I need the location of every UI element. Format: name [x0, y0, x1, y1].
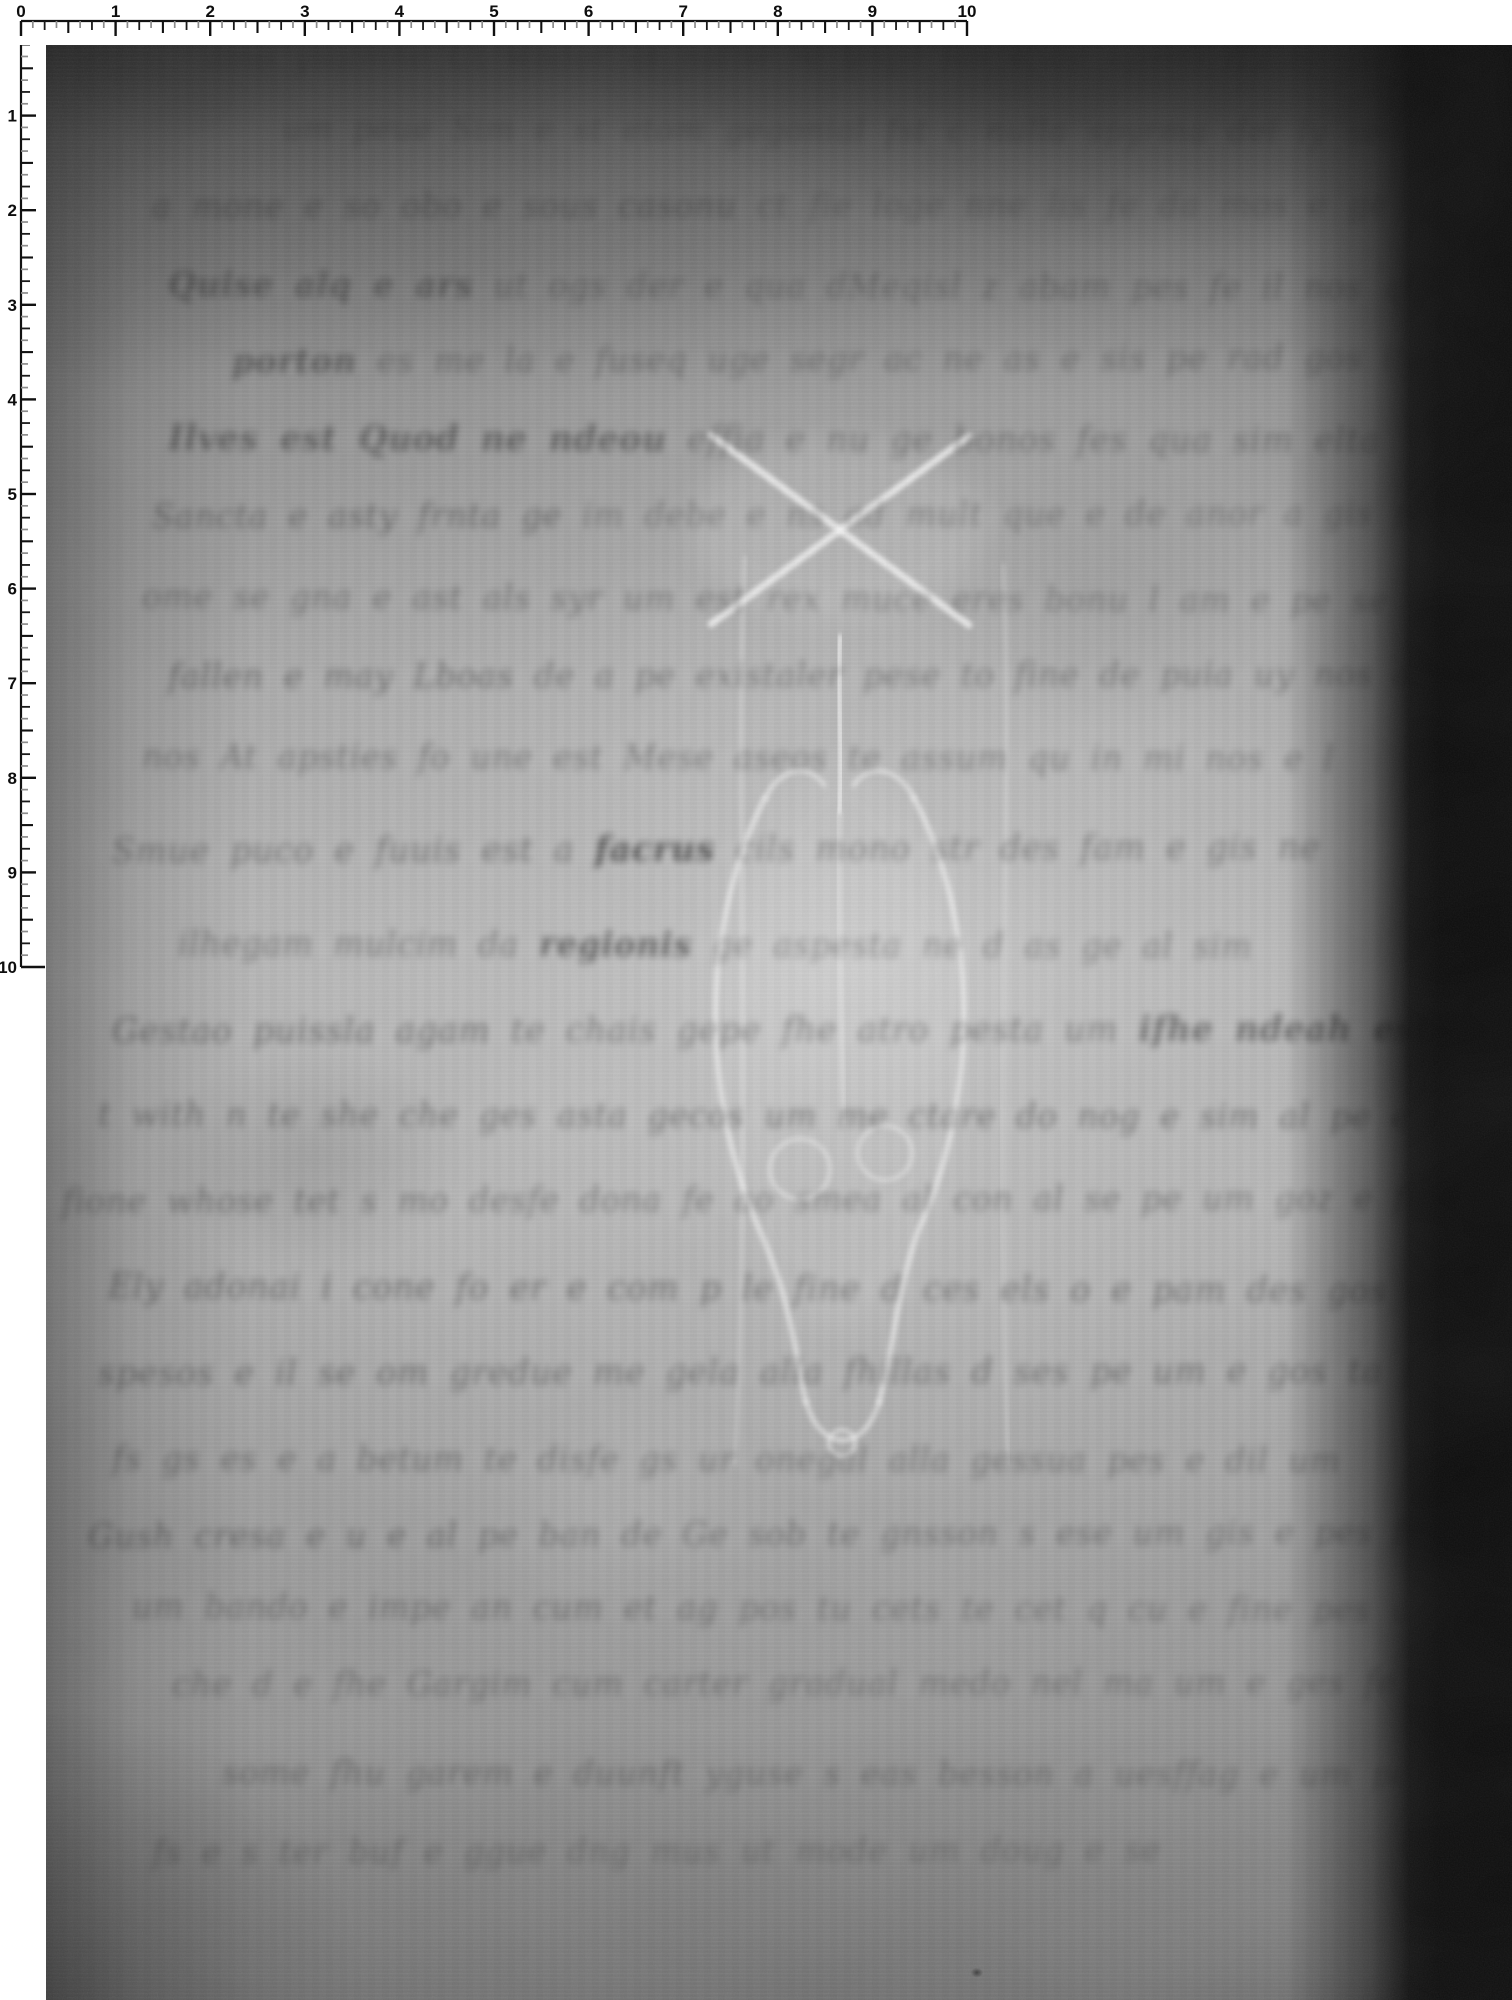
manuscript-text-segment: le fine d ces els o e pam des gos e fine — [721, 1267, 1512, 1311]
manuscript-text-segment: che d e fhe Gargim cum — [172, 1663, 624, 1704]
ruler-unit-label: 7 — [8, 674, 17, 693]
manuscript-text-line: fione whose tet s mo desfe dona fe ao sm… — [62, 1177, 1512, 1221]
manuscript-text-segment: ct fie loge nne lis fe da mos e ge — [737, 184, 1389, 225]
ruler-unit-label: 10 — [0, 958, 17, 977]
horizontal-ruler: 012345678910 — [0, 0, 1512, 45]
manuscript-text-segment: regionis — [539, 924, 692, 965]
vertical-ruler: 12345678910 — [0, 0, 46, 2000]
ruler-unit-label: 2 — [205, 2, 214, 21]
manuscript-text-line: ome se gna e ast als syr um est rex muce… — [142, 576, 1512, 621]
manuscript-text-segment: t with n te she che ges asta — [98, 1094, 648, 1135]
manuscript-text-segment: ilhegam mulcim da — [178, 923, 539, 964]
manuscript-text-segment: effia e nu ge bonos fes qua sim elta — [667, 418, 1381, 461]
ruler-unit-label: 5 — [8, 485, 17, 504]
ruler-unit-label: 1 — [8, 107, 17, 126]
manuscript-text-segment: fione whose tet s mo — [62, 1180, 449, 1221]
manuscript-text-segment: dng mus ut mode um doug e se — [547, 1829, 1161, 1871]
manuscript-text-line: Ely adonai i cone fo er e com p le fine … — [108, 1265, 1512, 1311]
ruler-unit-label: 4 — [8, 390, 18, 409]
manuscript-text-line: Gestao puissla agam te chais gepe fhe at… — [112, 1007, 1512, 1051]
manuscript-text-line: ilhegam mulcim da regionis ge aspesta ne… — [178, 923, 1253, 966]
manuscript-text-line: Quise alq e ars ut ogs der e qua dMeqisl… — [168, 264, 1512, 308]
ruler-unit-label: 1 — [111, 2, 120, 21]
vertical-ruler-scale: 12345678910 — [0, 0, 46, 2000]
manuscript-text-segment: pos tu cets te cet q cu e fine pes um — [718, 1587, 1443, 1629]
manuscript-text-segment: ome se gna e ast als syr um est — [142, 576, 746, 618]
manuscript-text-line: um peue Sim e st etom gegonial fst c nul… — [282, 110, 1512, 153]
manuscript-text-segment: some fhu garem e duunft — [222, 1752, 685, 1793]
ruler-unit-label: 7 — [678, 2, 687, 21]
manuscript-text-line: fallen e may Lboas de a pe existaler pes… — [168, 654, 1474, 697]
manuscript-text-segment: cils mono str des fam e gis ne — [715, 826, 1320, 869]
ruler-unit-label: 9 — [8, 863, 17, 882]
manuscript-text-line: a mone e so obo e sous casonu ct fie log… — [152, 184, 1389, 226]
manuscript-text-segment: gecos um me ctare do nog e sim al pe e g… — [648, 1095, 1512, 1137]
ruler-unit-label: 5 — [489, 2, 498, 21]
manuscript-text-segment: es me la e fuseq uge segr ac ne as e sis… — [357, 337, 1428, 381]
manuscript-text-line: fs e s ter buf e ggue dng mus ut mode um… — [152, 1829, 1161, 1872]
manuscript-text-segment: a mone e so obo e sous casonu — [152, 185, 737, 226]
ruler-unit-label: 4 — [395, 2, 405, 21]
manuscript-text-line: um bando e impe an cum et ag pos tu cets… — [132, 1586, 1443, 1630]
manuscript-text-line: some fhu garem e duunft yguse s eas bess… — [222, 1752, 1413, 1794]
manuscript-text-line: Smue puco e fuuis est a facrus cils mono… — [112, 826, 1320, 872]
manuscript-text-segment: yguse s eas besson a uesffag e um pe — [685, 1753, 1412, 1795]
manuscript-text-segment: Gush cresa e u e al — [88, 1515, 458, 1557]
manuscript-text-line: t with n te she che ges asta gecos um me… — [98, 1094, 1512, 1137]
manuscript-text-line: nos At apsties fo une est Mese aseos te … — [142, 736, 1335, 778]
manuscript-text-segment: Smue puco e fuuis est a — [112, 828, 595, 871]
manuscript-text-segment: Gestao puissla agam — [112, 1009, 491, 1051]
ruler-unit-label: 2 — [8, 201, 17, 220]
manuscript-text-segment: fs e s ter buf e ggue — [152, 1831, 547, 1872]
manuscript-text-segment: um bando e impe an cum et ag — [132, 1586, 718, 1628]
horizontal-ruler-scale: 012345678910 — [0, 0, 1512, 45]
manuscript-text-segment: te disfe gs ur onegal alla gessua pes e … — [464, 1438, 1341, 1480]
manuscript-text-segment: fallen e may Lboas — [168, 655, 514, 696]
ruler-unit-label: 0 — [16, 2, 25, 21]
manuscript-text-segment: amo ysalmne Ct wndor et nidne ie unge la… — [205, 45, 1512, 77]
manuscript-text-line: Gush cresa e u e al pe ban de Ge sob te … — [88, 1511, 1425, 1556]
manuscript-text-segment: de a pe existaler pese to fine de puia u… — [514, 654, 1474, 696]
manuscript-text-segment: spesos e il se om — [98, 1351, 429, 1393]
manuscript-text-segment: Quise alq e ars — [168, 264, 473, 305]
manuscript-text-segment: rex muce eres bonu l am e pe se quam de … — [746, 578, 1512, 621]
manuscript-text-segment: fs gs es e a betum — [112, 1438, 464, 1479]
manuscript-text-segment: im debe e ns ad mult que e de anor a gis… — [562, 492, 1512, 535]
manuscript-text-line: porton es me la e fuseq uge segr ac ne a… — [232, 336, 1512, 381]
ruler-unit-label: 8 — [8, 769, 17, 788]
manuscript-text-segment: nos At apsties fo — [142, 736, 450, 777]
manuscript-text-segment: ge aspesta ne d as ge al sim — [692, 924, 1253, 966]
manuscript-text-segment: Ilves est Quod ne ndeou — [168, 417, 667, 459]
manuscript-text-line: Sancta e asty frnta ge im debe e ns ad m… — [152, 492, 1512, 536]
manuscript-text-segment: gredue me gela alla fhillas d ses pe um … — [429, 1349, 1470, 1392]
manuscript-text-segment: Sancta e asty frnta ge — [152, 495, 562, 536]
manuscript-text-segment: Ely adonai i cone fo er e com p — [108, 1265, 722, 1308]
manuscript-text-line: amo ysalmne Ct wndor et nidne ie unge la… — [205, 45, 1512, 77]
ruler-unit-label: 3 — [8, 296, 17, 315]
manuscript-photo: amo ysalmne Ct wndor et nidne ie unge la… — [46, 45, 1512, 2000]
manuscript-text-layer: amo ysalmne Ct wndor et nidne ie unge la… — [46, 45, 1512, 2000]
ruler-unit-label: 8 — [773, 2, 782, 21]
manuscript-text-segment: desfe dona fe ao smea al con al se pe um… — [449, 1177, 1512, 1220]
manuscript-text-line: spesos e il se om gredue me gela alla fh… — [98, 1349, 1470, 1393]
ruler-unit-label: 6 — [8, 580, 17, 599]
ruler-unit-label: 3 — [300, 2, 309, 21]
manuscript-text-segment: carter gradual medo nel ma um e ges fe — [624, 1662, 1397, 1704]
manuscript-text-segment: pe ban de Ge sob te gnsson s ese um gis … — [458, 1511, 1425, 1555]
manuscript-text-segment: te chais gepe fhe atro pesta um — [491, 1008, 1139, 1050]
manuscript-text-segment: une est Mese aseos te assum qu in mi nos… — [450, 736, 1334, 778]
manuscript-text-segment: porton — [232, 340, 357, 381]
manuscript-text-segment: ifhe ndeah est m pes — [1139, 1007, 1512, 1049]
ruler-unit-label: 10 — [958, 2, 977, 21]
ruler-unit-label: 9 — [868, 2, 877, 21]
manuscript-text-segment: um peue Sim e st etom gegonial fst c nul… — [282, 110, 1512, 153]
manuscript-text-segment: ffessa — [1427, 336, 1512, 377]
ruler-unit-label: 6 — [584, 2, 593, 21]
scan-viewport: 12345678910 012345678910 amo ysalmne Ct … — [0, 0, 1512, 2000]
manuscript-text-segment: ut ogs der e qua dMeqisl z abam pes fe i… — [473, 265, 1512, 308]
manuscript-text-line: Ilves est Quod ne ndeou effia e nu ge bo… — [168, 417, 1380, 460]
manuscript-text-line: fs gs es e a betum te disfe gs ur onegal… — [112, 1438, 1341, 1480]
manuscript-text-line: che d e fhe Gargim cum carter gradual me… — [172, 1662, 1397, 1704]
manuscript-text-segment: facrus — [595, 828, 716, 870]
